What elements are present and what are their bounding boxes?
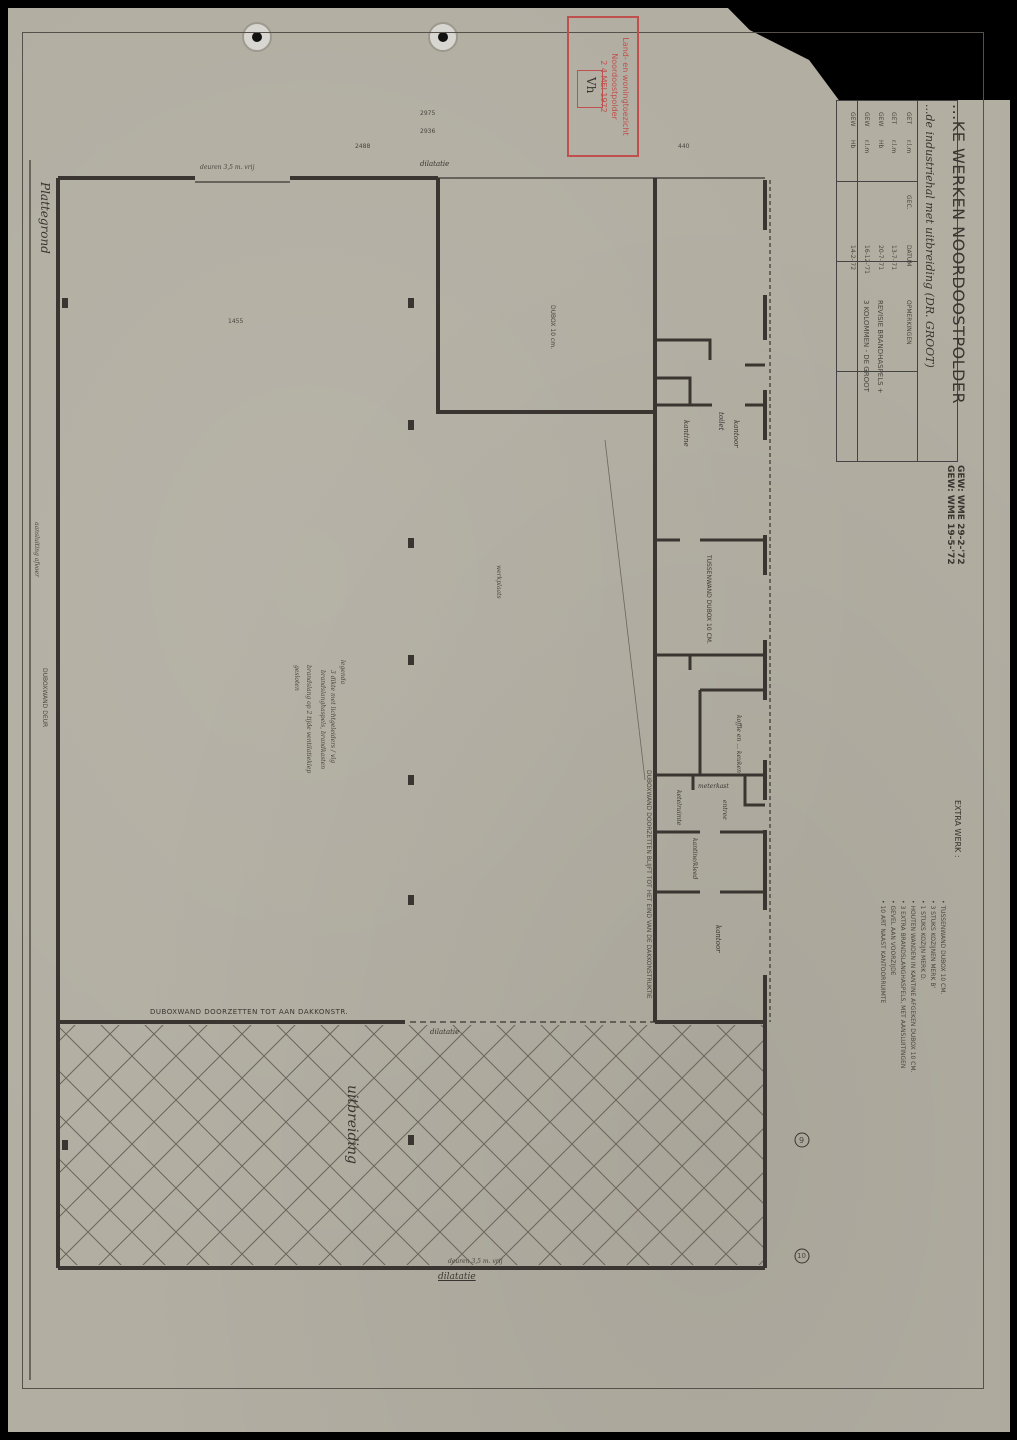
left-wall-note: DUBOXWAND DEUR: [41, 668, 48, 727]
row-role: GET: [905, 112, 912, 124]
wall-note: DUBOXWAND DOORZETTEN TOT AAN DAKKONSTR.: [150, 1008, 348, 1016]
col-gec: GEC.: [905, 195, 912, 210]
room-label: kantoor: [732, 420, 740, 448]
extra-work-item: • GEVEL AAN VOORZIJDE: [889, 900, 896, 975]
row-datum: 13-7-'71: [890, 245, 897, 270]
dilatation-bottom: dilatatie: [438, 1272, 476, 1282]
room-label: kantine/kleed: [691, 838, 698, 879]
title-header: ...KE WERKEN NOORDOOSTPOLDER: [949, 104, 968, 404]
row-datum: 16-12-'71: [863, 245, 870, 274]
extra-work-item: • TUSSENWAND DUBOX 10 CM.: [939, 900, 946, 994]
stamp-signature: Vh: [577, 70, 603, 108]
row-role: GEW: [863, 112, 870, 126]
extra-work-item: • 3 EXTRA BRANDSLANGHASPELS, MET AANSLUI…: [899, 900, 906, 1068]
room-label: kantine: [682, 420, 690, 447]
dim: 2936: [420, 128, 435, 135]
room-label: koffie en ... keuken: [735, 715, 742, 773]
row-datum: 20-7-'71: [877, 245, 884, 270]
legend-title: legenda: [339, 660, 346, 684]
extra-work-item: • 3 STUKS KOZIJNEN MERK B': [929, 900, 936, 988]
title-block: [836, 100, 958, 462]
stamp-line: Noordoostpolder: [609, 18, 620, 155]
row-initials: r.l.m: [890, 140, 897, 153]
top-door-note: deuren 3,5 m. vrij: [200, 164, 254, 171]
dilatation-mid: dilatatie: [430, 1028, 459, 1036]
grid-axis-9: 9: [799, 1136, 804, 1145]
row-opmerking: REVISIE BRANDHASPELS +: [876, 300, 884, 394]
approval-stamp: Land- en woningtoezicht Noordoostpolder …: [567, 16, 639, 157]
extra-work-title: EXTRA WERK :: [953, 800, 962, 858]
room-label: toilet: [717, 412, 725, 430]
stamp-line: Land- en woningtoezicht: [620, 18, 631, 155]
room-label: ketelruimte: [675, 790, 682, 825]
col-datum: DATUM: [905, 245, 912, 266]
bottom-door-note: deuren 3,5 m. vrij: [448, 1258, 502, 1265]
legend-item: 3 dikte met lichtgeleiders / vlg: [329, 670, 336, 763]
row-opmerking: 3 KOLOMMEN - DE GROOT: [862, 300, 870, 392]
row-role: GEW: [877, 112, 884, 126]
extra-work-item: • 10 ART NAAST KANTOORRUIMTE: [879, 900, 886, 1003]
room-label: meterkast: [698, 783, 729, 790]
left-note: aansluiting afvoer: [33, 522, 40, 577]
legend-item: brandslanghaspels, brandkasten: [319, 670, 326, 769]
row-datum: 14-2-'72: [849, 245, 856, 270]
division-note: DUBOXWAND DOORZETTEN BLIJFT TOT HET EIND…: [645, 770, 652, 999]
legend-item: brandslang op 2 tijde ventilatieklep: [305, 665, 312, 773]
room-label: entree: [721, 800, 728, 820]
room-label: kantoor: [714, 925, 722, 953]
dilatation-top: dilatatie: [420, 160, 449, 168]
legend-item: gesloten: [293, 665, 300, 691]
plan-title: Plattegrond: [38, 182, 52, 254]
title-subtitle: ...de industriehal met uitbreiding (DR. …: [923, 104, 936, 368]
col-opmerkingen: OPMERKINGEN: [905, 300, 912, 345]
dim: 1455: [228, 318, 243, 325]
extra-work-item: • HOUTEN WANDEN IN KANTINE AFGEKEN DUBOX…: [909, 900, 916, 1072]
row-initials: r.l.m: [863, 140, 870, 153]
dim: 2488: [355, 143, 370, 150]
dim: 2975: [420, 110, 435, 117]
room-label: TUSSENWAND DUBOX 10 CM.: [705, 555, 712, 644]
extra-work-item: • 1 STUKS KOZIJN MERK D.: [919, 900, 926, 981]
wall-thickness: DUBOX 10 cm.: [549, 305, 556, 349]
center-label: werkplaats: [495, 565, 502, 599]
row-role: GET: [890, 112, 897, 124]
row-initials: Hb: [849, 140, 856, 148]
row-initials: Hb: [877, 140, 884, 148]
row-role: GEW: [849, 112, 856, 126]
revision-note: GEW: WME 29-2-'72: [955, 465, 965, 565]
grid-axis-10: 10: [797, 1252, 806, 1260]
dim: 440: [678, 143, 689, 150]
row-initials: r.l.m: [905, 140, 912, 153]
extension-label: uitbreiding: [344, 1085, 360, 1164]
revision-note: GEW: WME 19-5-'72: [945, 465, 955, 565]
